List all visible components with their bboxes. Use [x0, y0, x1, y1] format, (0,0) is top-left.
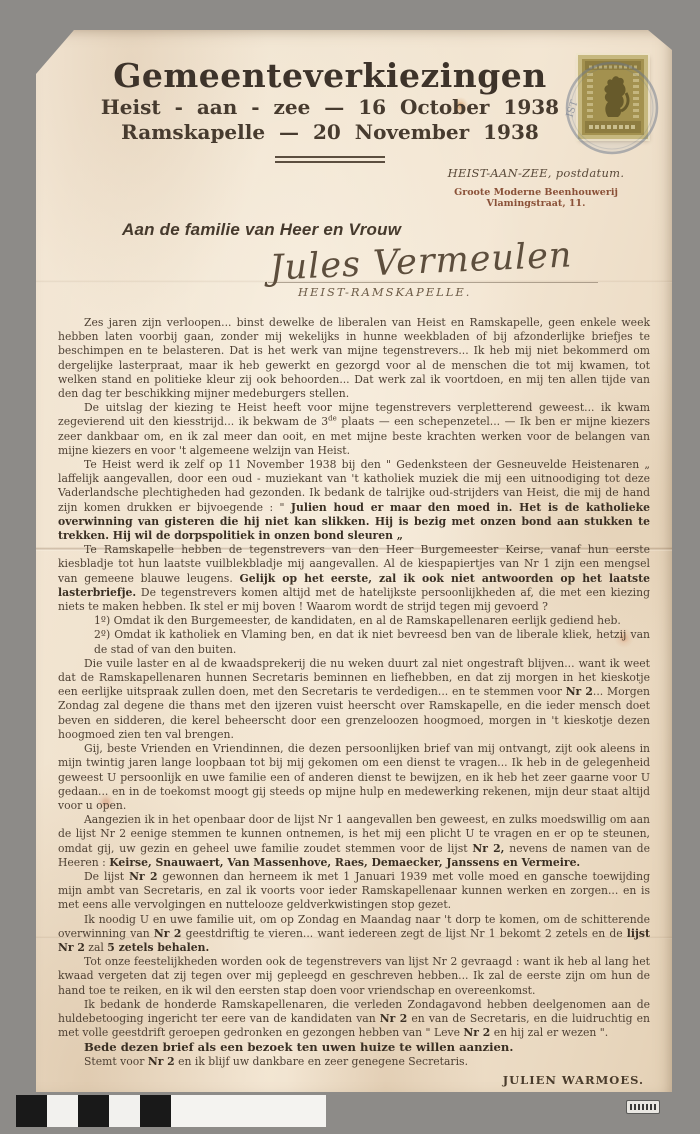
paragraph: Ik bedank de honderde Ramskapellenaren, …: [58, 998, 650, 1041]
calibration-scale-bar: [16, 1095, 326, 1127]
calibration-square: [47, 1095, 78, 1127]
paragraph: Stemt voor Nr 2 en ik blijf uw dankbare …: [58, 1055, 650, 1069]
letter-sheet: IST Gemeenteverkiezingen Heist - aan - z…: [36, 30, 672, 1092]
election-date-heist: Heist - aan - zee — 16 October 1938: [36, 95, 624, 120]
page-title: Gemeenteverkiezingen: [36, 56, 624, 95]
scan-reference-label: [626, 1100, 660, 1114]
printer-name: Groote Moderne Beenhouwerij: [426, 187, 646, 198]
postdatum-block: HEIST-AAN-ZEE, postdatum. Groote Moderne…: [426, 166, 646, 209]
paragraph: Die vuile laster en al de kwaadsprekerij…: [58, 657, 650, 742]
calibration-square: [16, 1095, 47, 1127]
paragraph: 2º) Omdat ik katholiek en Vlaming ben, e…: [94, 628, 650, 656]
paragraph: De lijst Nr 2 gewonnen dan herneem ik me…: [58, 870, 650, 913]
signature: JULIEN WARMOES.: [503, 1073, 650, 1087]
paragraph: Te Heist werd ik zelf op 11 November 193…: [58, 458, 650, 543]
paragraph: Bede dezen brief als een bezoek ten uwen…: [58, 1040, 650, 1055]
calibration-square: [109, 1095, 140, 1127]
postdatum-text: HEIST-AAN-ZEE, postdatum.: [426, 166, 646, 180]
document-header: Gemeenteverkiezingen Heist - aan - zee —…: [36, 56, 672, 163]
paragraph: De uitslag der kiezing te Heist heeft vo…: [58, 401, 650, 458]
header-divider: [275, 156, 385, 163]
paragraph: Te Ramskapelle hebben de tegenstrevers v…: [58, 543, 650, 614]
paragraph: Tot onze feestelijkheden worden ook de t…: [58, 955, 650, 998]
paragraph: 1º) Omdat ik den Burgemeester, de kandid…: [94, 614, 650, 628]
signature-row: JULIEN WARMOES.: [58, 1073, 650, 1088]
paragraph: Aangezien ik in het openbaar door de lij…: [58, 813, 650, 870]
scan-photo: { "header": { "title": "Gemeenteverkiezi…: [0, 0, 700, 1134]
calibration-square: [140, 1095, 171, 1127]
paragraph: Ik noodig U en uwe familie uit, om op Zo…: [58, 913, 650, 956]
printer-address: Vlamingstraat, 11.: [426, 198, 646, 209]
letter-body: Zes jaren zijn verloopen... binst dewelk…: [58, 316, 650, 1088]
addressee-place: HEIST-RAMSKAPELLE.: [298, 285, 471, 299]
election-date-ramskapelle: Ramskapelle — 20 November 1938: [36, 120, 624, 145]
salutation: Aan de familie van Heer en Vrouw: [122, 220, 401, 240]
calibration-square: [78, 1095, 109, 1127]
address-line-rule: [268, 282, 598, 283]
calibration-white-bar: [171, 1095, 326, 1127]
paragraph: Gij, beste Vrienden en Vriendinnen, die …: [58, 742, 650, 813]
paragraph: Zes jaren zijn verloopen... binst dewelk…: [58, 316, 650, 401]
